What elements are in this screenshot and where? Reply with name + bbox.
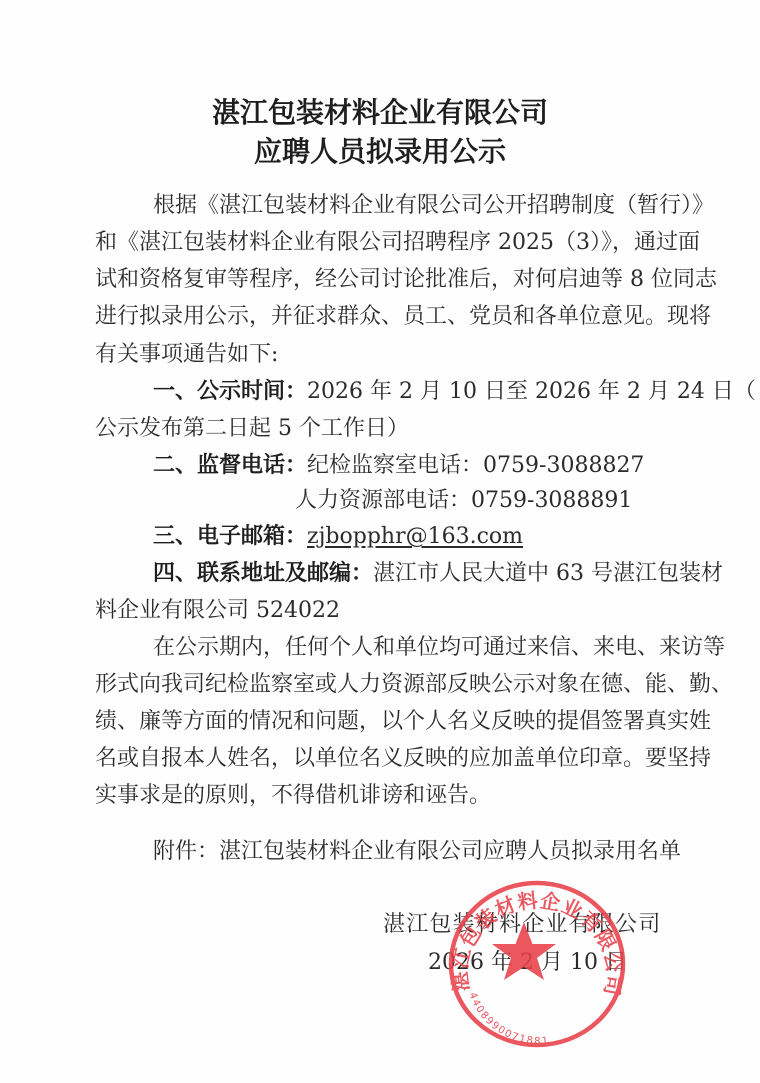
signature-company: 湛江包装材料企业有限公司 bbox=[383, 910, 661, 940]
notice-line-3: 绩、廉等方面的情况和问题，以个人名义反映的提倡签署真实姓 bbox=[95, 703, 673, 740]
svg-text:4408990071881: 4408990071881 bbox=[467, 991, 550, 1047]
intro-line-2: 和《湛江包装材料企业有限公司招聘程序 2025（3）》，通过面 bbox=[95, 224, 673, 261]
notice-line-5: 实事求是的原则，不得借机诽谤和诬告。 bbox=[95, 777, 673, 814]
document-title: 湛江包装材料企业有限公司 bbox=[0, 94, 760, 132]
discipline-phone-number: 0759-3088827 bbox=[483, 453, 644, 478]
email-link[interactable]: zjbopphr@163.com bbox=[307, 524, 523, 549]
address-value: 湛江市人民大道中 63 号湛江包装材 bbox=[373, 561, 723, 586]
address-line-2: 料企业有限公司 524022 bbox=[95, 592, 673, 629]
intro-line-1: 根据《湛江包装材料企业有限公司公开招聘制度（暂行）》 bbox=[95, 187, 673, 224]
notice-line-2: 形式向我司纪检监察室或人力资源部反映公示对象在德、能、勤、 bbox=[95, 666, 673, 703]
item-supervision-phone: 二、监督电话：纪检监察室电话：0759-3088827 bbox=[95, 447, 673, 484]
hr-phone-label: 人力资源部电话： bbox=[295, 488, 471, 513]
document-page: 湛江包装材料企业有限公司 应聘人员拟录用公示 根据《湛江包装材料企业有限公司公开… bbox=[0, 0, 760, 1083]
address-label: 四、联系地址及邮编： bbox=[153, 561, 373, 586]
svg-text:湛江包装材料企业有限公司: 湛江包装材料企业有限公司 bbox=[447, 888, 626, 998]
email-label: 三、电子邮箱： bbox=[153, 524, 307, 549]
notice-line-1: 在公示期内，任何个人和单位均可通过来信、来电、来访等 bbox=[95, 629, 673, 666]
notice-line-4: 名或自报本人姓名，以单位名义反映的应加盖单位印章。要坚持 bbox=[95, 740, 673, 777]
signature-date: 2026 年 2 月 10 日 bbox=[428, 948, 627, 978]
intro-line-4: 进行拟录用公示，并征求群众、员工、党员和各单位意见。现将 bbox=[95, 298, 673, 335]
intro-line-5: 有关事项通告如下: bbox=[95, 336, 673, 373]
attachment-line: 附件：湛江包装材料企业有限公司应聘人员拟录用名单 bbox=[95, 833, 673, 870]
publicity-period-line-2: 公示发布第二日起 5 个工作日） bbox=[95, 410, 673, 447]
intro-line-3: 试和资格复审等程序，经公司讨论批准后，对何启迪等 8 位同志 bbox=[95, 261, 673, 298]
hr-phone-number: 0759-3088891 bbox=[471, 488, 632, 513]
item-address: 四、联系地址及邮编：湛江市人民大道中 63 号湛江包装材 bbox=[95, 555, 673, 592]
publicity-period-label: 一、公示时间： bbox=[153, 379, 307, 404]
seal-code: 4408990071881 bbox=[467, 991, 550, 1047]
hr-phone-row: 人力资源部电话：0759-3088891 bbox=[95, 482, 673, 519]
document-subtitle: 应聘人员拟录用公示 bbox=[0, 133, 760, 171]
discipline-phone-label: 纪检监察室电话： bbox=[307, 453, 483, 478]
item-publicity-period: 一、公示时间：2026 年 2 月 10 日至 2026 年 2 月 24 日（… bbox=[95, 373, 673, 410]
item-email: 三、电子邮箱：zjbopphr@163.com bbox=[95, 518, 673, 555]
publicity-period-value: 2026 年 2 月 10 日至 2026 年 2 月 24 日（自 bbox=[307, 379, 760, 404]
supervision-phone-label: 二、监督电话： bbox=[153, 453, 307, 478]
seal-arc-text: 湛江包装材料企业有限公司 bbox=[447, 888, 626, 998]
